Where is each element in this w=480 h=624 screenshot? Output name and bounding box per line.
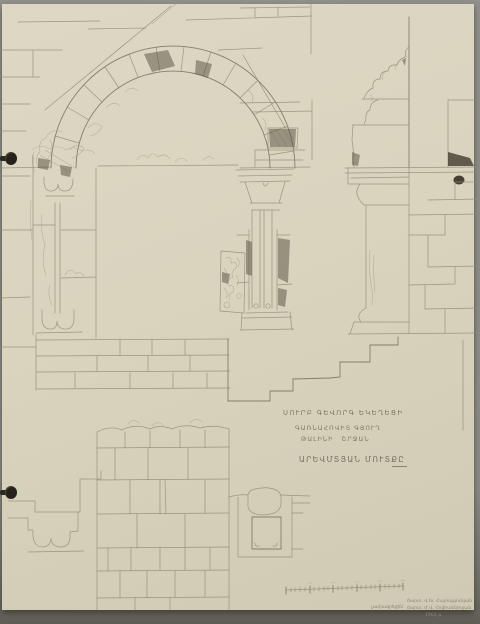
title-church: ՍՈՒՐԲ ԳԵՎՈՐԳ ԵԿԵՂԵՑԻ	[283, 409, 403, 417]
ornament-panel	[220, 251, 245, 313]
scanned-drawing-photo: ՍՈՒՐԲ ԳԵՎՈՐԳ ԵԿԵՂԵՑԻ ԳԱՌՆԱՀՈՎԻՏ ԳՅՈՒՂ ԹԱ…	[0, 0, 480, 624]
threshold-steps	[0, 335, 398, 401]
binder-fastener-top	[0, 152, 18, 166]
left-jamb	[0, 155, 96, 338]
jamb-plan-detail	[8, 471, 101, 552]
title-village: ԳԱՌՆԱՀՈՎԻՏ ԳՅՈՒՂ	[295, 425, 381, 432]
wall-elevation-fragment	[97, 419, 229, 610]
portal-section	[345, 17, 480, 430]
scale-bar	[286, 581, 405, 595]
column-side-view	[348, 168, 480, 334]
binder-fastener-bottom	[0, 486, 18, 500]
view-caption: ԱՐԵՎՄՏՅԱՆ ՄՈՒՏՔԸ	[299, 455, 405, 464]
pencil-drawing	[0, 0, 480, 624]
architect-signature-2: ճարտ. Ժ.Վ. Հովհաննիսյան	[407, 606, 471, 611]
portal-elevation	[0, 0, 398, 401]
section-masonry	[409, 167, 480, 430]
architect-signature-1: ճարտ. Վ.Խ. Հարությունյան	[407, 599, 472, 604]
socket-detail	[229, 488, 310, 557]
fastener-head	[5, 152, 17, 165]
title-district: ԹԱԼԻՆԻ ՇՐՋԱՆ	[301, 436, 370, 443]
measured-by-label: չափագրեցին՝	[371, 605, 404, 610]
right-jamb	[236, 169, 294, 330]
caption-underline	[392, 466, 407, 467]
fastener-head	[5, 486, 17, 499]
drawing-date: 1964 թ.	[425, 613, 443, 618]
wall-niche	[448, 100, 480, 167]
right-impost	[240, 128, 310, 168]
